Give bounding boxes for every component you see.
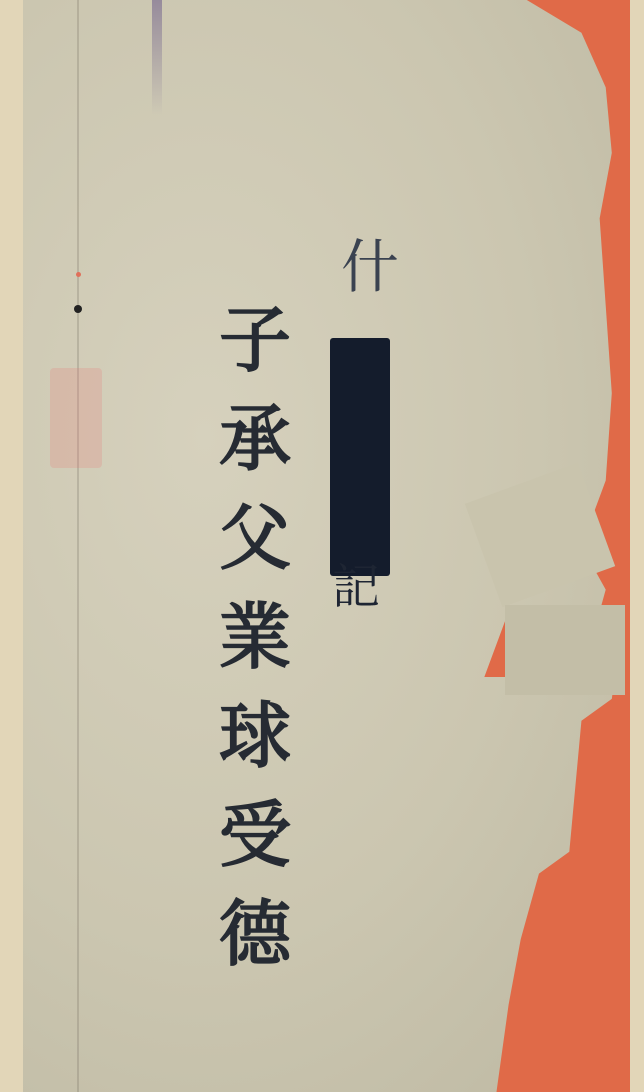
char: 業: [219, 587, 291, 686]
char: 受: [219, 785, 291, 884]
char: 球: [219, 686, 291, 785]
red-dot: [76, 272, 81, 277]
frame-left-border: [0, 0, 23, 1092]
purple-ink-marks: [152, 0, 162, 115]
char-bottom: 記: [332, 548, 380, 617]
torn-flap-lower: [505, 605, 625, 695]
ink-dot: [74, 305, 82, 313]
faded-red-seal: [50, 368, 102, 468]
right-text-column: 什: [330, 232, 410, 302]
fold-line: [77, 0, 79, 1092]
main-text-column: 子 承 父 業 球 受 德: [205, 290, 305, 983]
char-top: 什: [341, 232, 399, 302]
frame-right-border: [630, 0, 644, 1092]
char: 承: [219, 389, 291, 488]
char: 德: [219, 884, 291, 983]
redaction-block: [330, 338, 390, 576]
char: 父: [219, 488, 291, 587]
char: 子: [219, 290, 291, 389]
